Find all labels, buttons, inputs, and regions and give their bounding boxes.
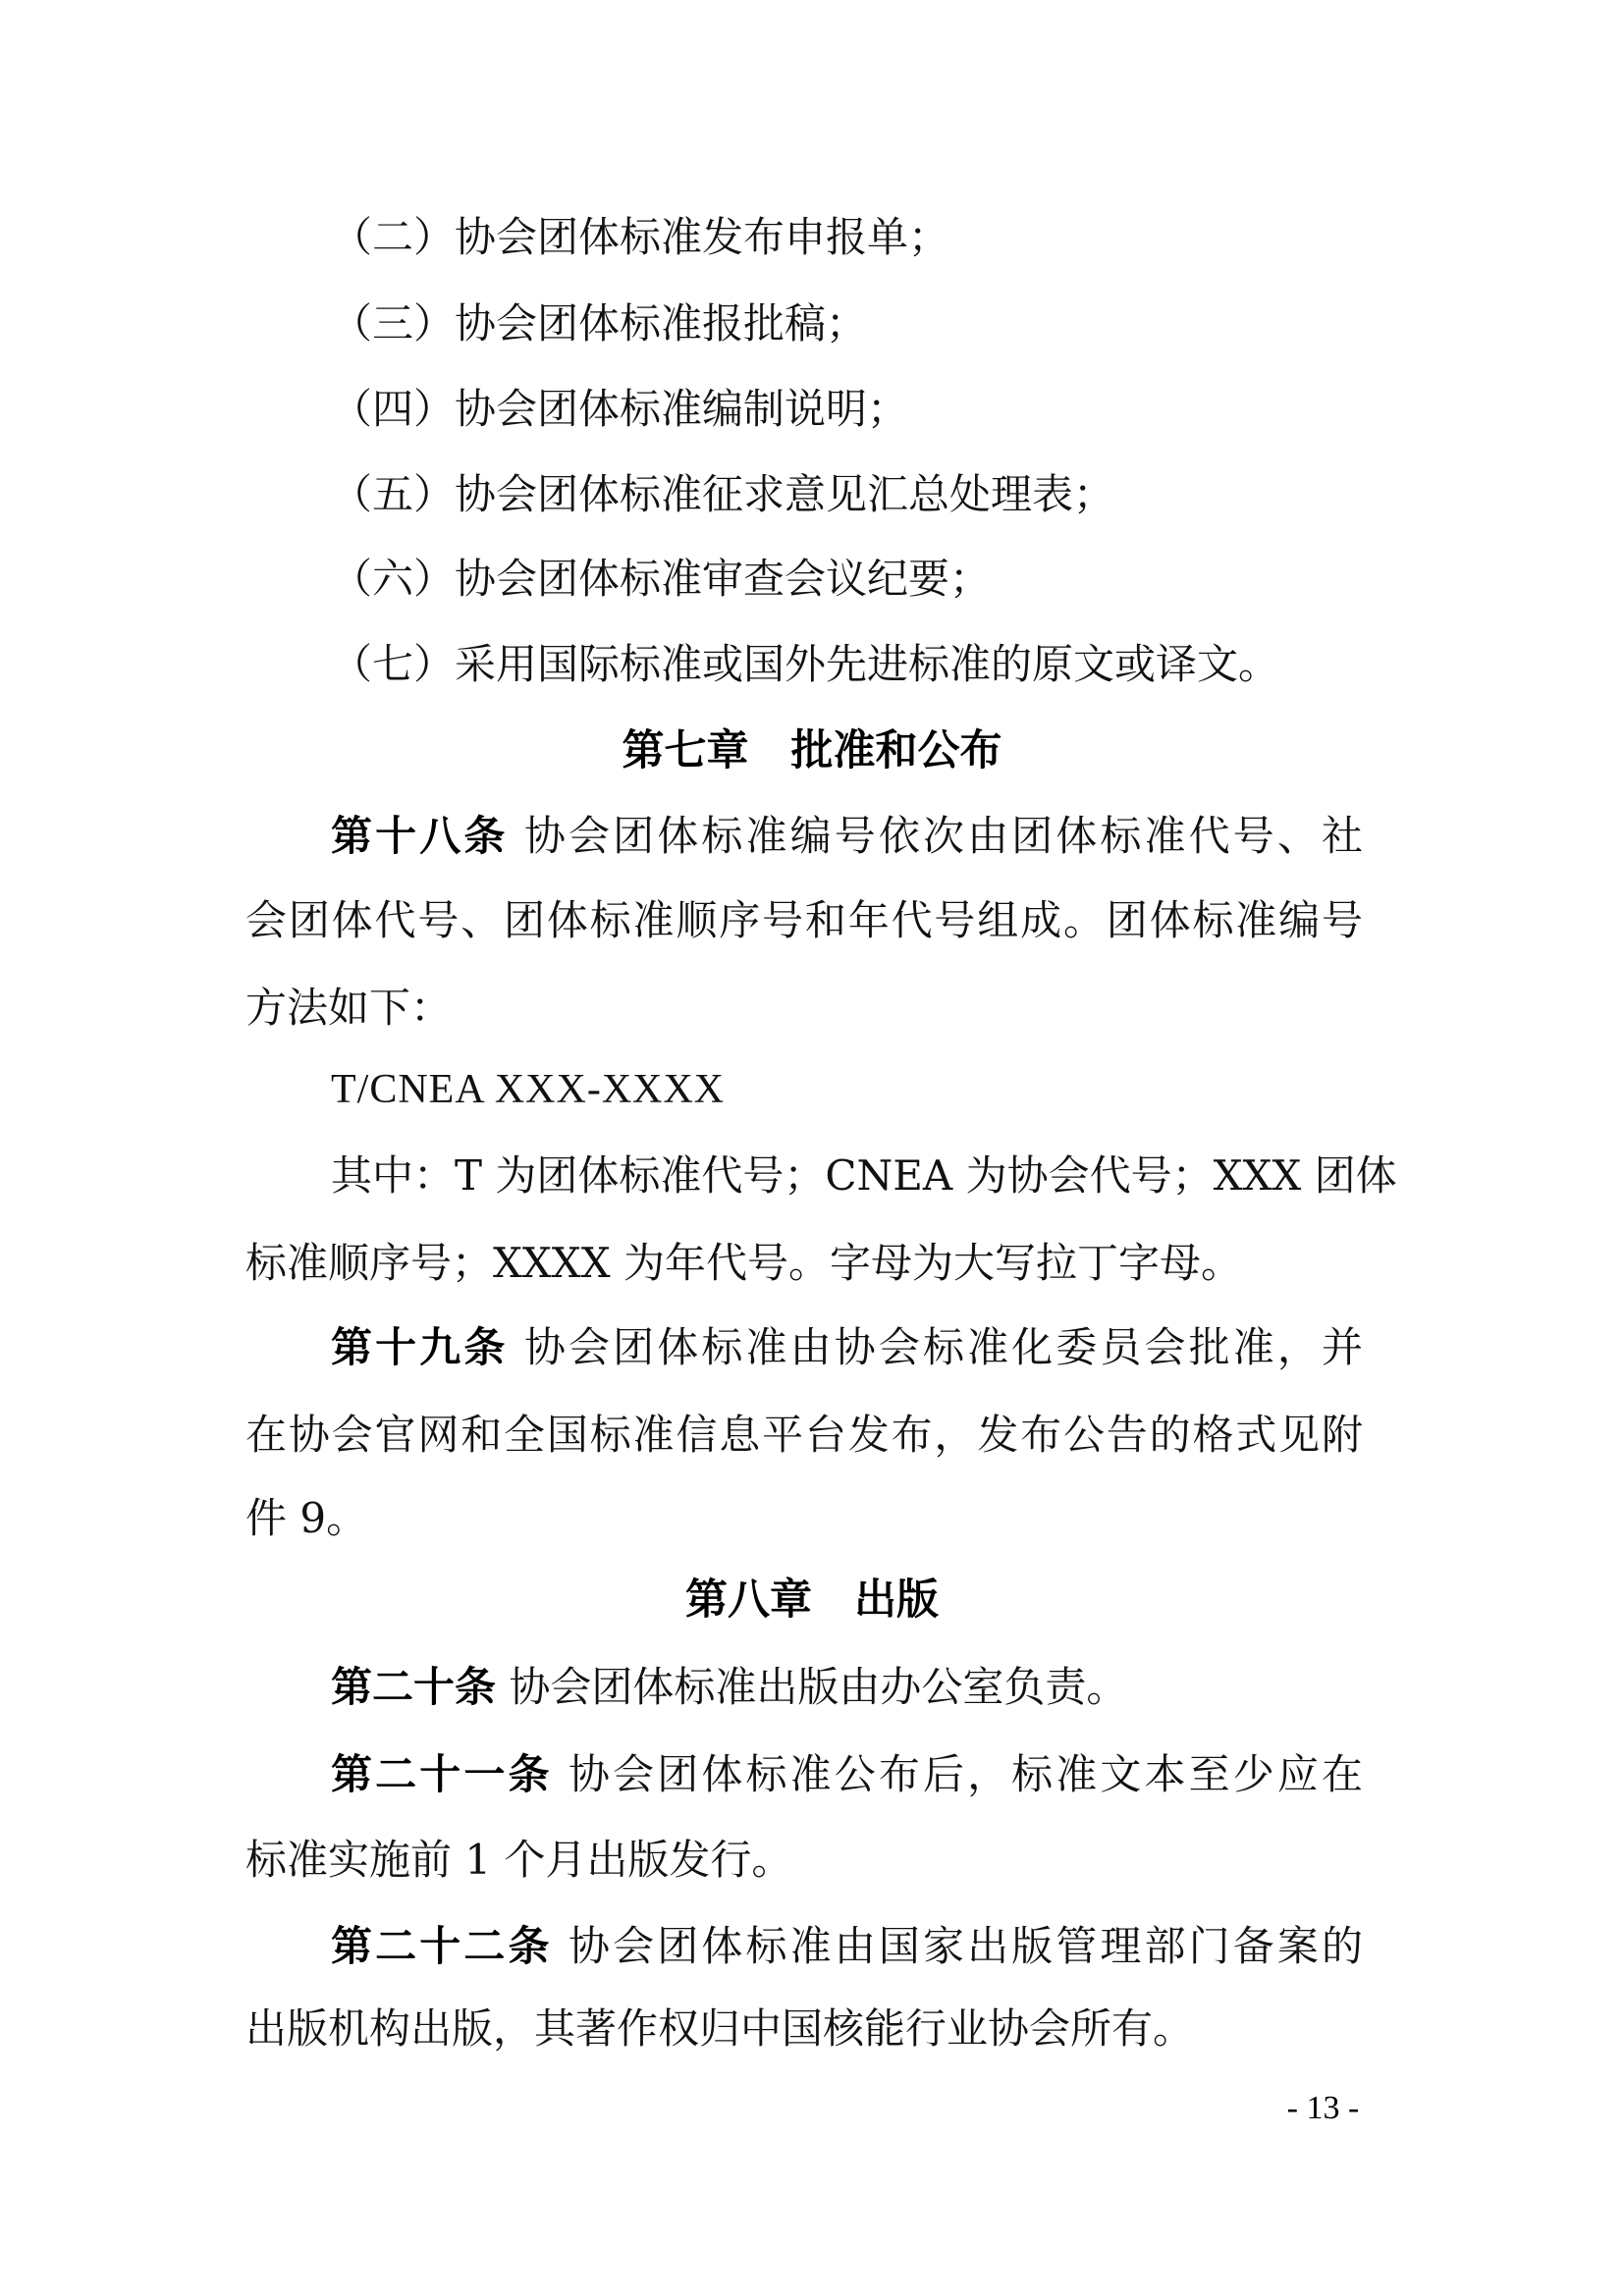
article-19-line-3: 件 9。 (245, 1489, 1363, 1548)
article-label: 第二十条 (331, 1663, 496, 1711)
list-item: （二）协会团体标准发布申报单； (331, 208, 1363, 267)
article-22-line-2: 出版机构出版，其著作权归中国核能行业协会所有。 (245, 2000, 1363, 2058)
chapter-heading: 第七章 批准和公布 (0, 721, 1624, 780)
article-text: 协会团体标准出版由办公室负责。 (509, 1663, 1127, 1711)
chapter-heading: 第八章 出版 (0, 1571, 1624, 1629)
list-item: （五）协会团体标准征求意见汇总处理表； (331, 465, 1363, 524)
list-item: （六）协会团体标准审查会议纪要； (331, 550, 1363, 609)
list-item: （三）协会团体标准报批稿； (331, 294, 1363, 353)
article-19-paragraph: 第十九条 协会团体标准由协会标准化委员会批准，并 (331, 1318, 1363, 1377)
document-page: （二）协会团体标准发布申报单； （三）协会团体标准报批稿； （四）协会团体标准编… (0, 0, 1624, 2296)
article-18-paragraph: 第十八条 协会团体标准编号依次由团体标准代号、社 (331, 807, 1363, 866)
article-20-paragraph: 第二十条 协会团体标准出版由办公室负责。 (331, 1658, 1363, 1717)
article-label: 第十九条 (331, 1323, 508, 1371)
page-number: - 13 - (1257, 2087, 1389, 2130)
article-21-paragraph: 第二十一条 协会团体标准公布后，标准文本至少应在 (331, 1745, 1363, 1804)
article-18-line-3: 方法如下： (245, 979, 1363, 1038)
article-text: 协会团体标准编号依次由团体标准代号、社 (524, 812, 1363, 860)
article-text: 协会团体标准由国家出版管理部门备案的 (568, 1922, 1363, 1970)
article-label: 第二十二条 (331, 1922, 553, 1970)
list-item: （七）采用国际标准或国外先进标准的原文或译文。 (331, 635, 1363, 694)
article-22-paragraph: 第二十二条 协会团体标准由国家出版管理部门备案的 (331, 1917, 1363, 1976)
article-label: 第十八条 (331, 812, 508, 860)
explanation-line-2: 标准顺序号；XXXX 为年代号。字母为大写拉丁字母。 (245, 1234, 1363, 1293)
explanation-line-1: 其中：T 为团体标准代号；CNEA 为协会代号；XXX 团体 (331, 1147, 1363, 1205)
article-label: 第二十一条 (331, 1750, 553, 1798)
code-format: T/CNEA XXX-XXXX (331, 1060, 1363, 1119)
article-19-line-2: 在协会官网和全国标准信息平台发布，发布公告的格式见附 (245, 1406, 1363, 1465)
list-item: （四）协会团体标准编制说明； (331, 380, 1363, 439)
article-text: 协会团体标准由协会标准化委员会批准，并 (524, 1323, 1363, 1371)
article-text: 协会团体标准公布后，标准文本至少应在 (568, 1750, 1363, 1798)
article-21-line-2: 标准实施前 1 个月出版发行。 (245, 1831, 1363, 1890)
article-18-line-2: 会团体代号、团体标准顺序号和年代号组成。团体标准编号 (245, 891, 1363, 950)
